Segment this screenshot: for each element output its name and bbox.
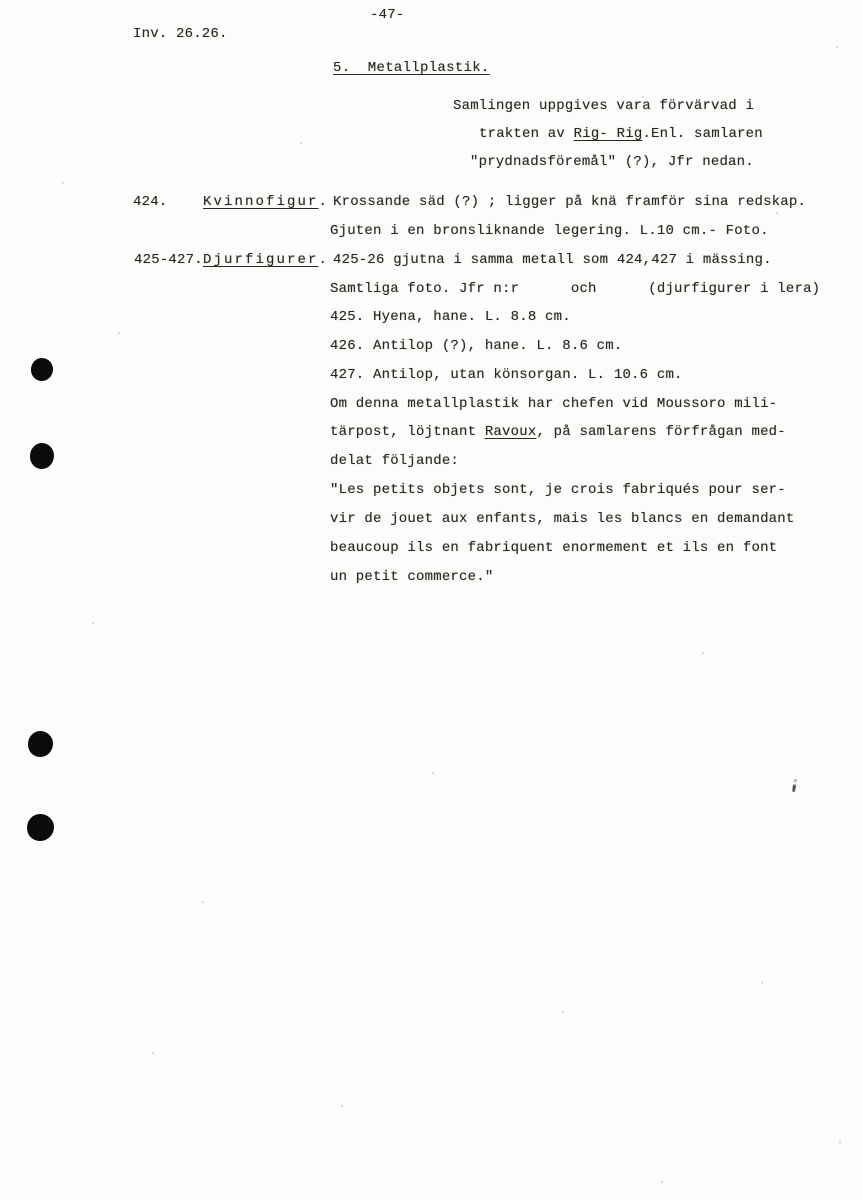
- scan-speck: [836, 46, 838, 48]
- scan-speck: [702, 652, 704, 654]
- scan-speck: [562, 1011, 564, 1013]
- scan-speck: [661, 1181, 663, 1183]
- entry-425-427-title-text: Djurfigurer: [203, 252, 319, 268]
- entry-425-hyena-line: 425. Hyena, hane. L. 8.8 cm.: [330, 308, 571, 326]
- scan-speck: [642, 96, 644, 98]
- quote-line-2: vir de jouet aux enfants, mais les blanc…: [330, 510, 794, 528]
- intro-line-2-underlined-placename: Rig- Rig: [574, 126, 643, 142]
- quote-line-4: un petit commerce.": [330, 568, 493, 586]
- intro-line-2: trakten av Rig- Rig.Enl. samlaren: [479, 125, 763, 143]
- entry-427-antilop-line: 427. Antilop, utan könsorgan. L. 10.6 cm…: [330, 366, 683, 384]
- note-line-2: tärpost, löjtnant Ravoux, på samlarens f…: [330, 423, 786, 441]
- scan-speck: [62, 182, 64, 184]
- scan-speck: [202, 901, 204, 903]
- entry-424-title: Kvinnofigur.: [203, 193, 327, 211]
- scan-speck: [839, 1141, 841, 1143]
- quote-line-1: "Les petits objets sont, je crois fabriq…: [330, 481, 786, 499]
- scan-speck: [776, 212, 778, 214]
- scan-speck: [341, 1105, 343, 1107]
- entry-425-427-line-1: 425-26 gjutna i samma metall som 424,427…: [333, 251, 772, 269]
- entry-424-number: 424.: [133, 193, 167, 211]
- punch-hole-mark-3: [28, 731, 53, 757]
- entry-425-427-title: Djurfigurer.: [203, 251, 327, 269]
- scan-speck: [761, 982, 763, 984]
- note-line-1: Om denna metallplastik har chefen vid Mo…: [330, 395, 777, 413]
- entry-424-title-suffix: .: [319, 194, 328, 210]
- entry-424-line-2: Gjuten i en bronsliknande legering. L.10…: [330, 222, 769, 240]
- intro-line-2-after: .Enl. samlaren: [642, 126, 762, 142]
- scan-speck: [300, 142, 302, 144]
- ravoux-underlined-name: Ravoux: [485, 424, 537, 440]
- scan-speck: [152, 1052, 154, 1054]
- note-line-2-before: tärpost, löjtnant: [330, 424, 485, 440]
- document-page: -47- Inv. 26.26. 5. Metallplastik. Samli…: [0, 0, 862, 1200]
- scan-stray-mark: [792, 779, 797, 792]
- intro-line-1: Samlingen uppgives vara förvärvad i: [453, 97, 754, 115]
- punch-hole-mark-2: [30, 443, 54, 469]
- punch-hole-mark-4: [27, 814, 54, 841]
- intro-line-3: "prydnadsföremål" (?), Jfr nedan.: [470, 153, 754, 171]
- scan-speck: [92, 622, 94, 624]
- entry-424-title-text: Kvinnofigur: [203, 194, 319, 210]
- note-line-2-after: , på samlarens förfrågan med-: [536, 424, 785, 440]
- entry-424-line-1: Krossande säd (?) ; ligger på knä framfö…: [333, 193, 806, 211]
- page-number: -47-: [370, 6, 404, 24]
- entry-425-427-number: 425-427.: [134, 251, 203, 269]
- intro-line-2-before: trakten av: [479, 126, 574, 142]
- entry-425-427-title-suffix: .: [319, 252, 328, 268]
- inventory-number: Inv. 26.26.: [133, 25, 228, 43]
- scan-speck: [432, 772, 434, 774]
- punch-hole-mark-1: [31, 358, 53, 381]
- scan-speck: [118, 332, 120, 334]
- entry-426-antilop-line: 426. Antilop (?), hane. L. 8.6 cm.: [330, 337, 622, 355]
- note-line-3: delat följande:: [330, 452, 459, 470]
- section-heading: 5. Metallplastik.: [333, 59, 490, 77]
- entry-425-427-line-2: Samtliga foto. Jfr n:r och (djurfigurer …: [330, 280, 820, 298]
- quote-line-3: beaucoup ils en fabriquent enormement et…: [330, 539, 777, 557]
